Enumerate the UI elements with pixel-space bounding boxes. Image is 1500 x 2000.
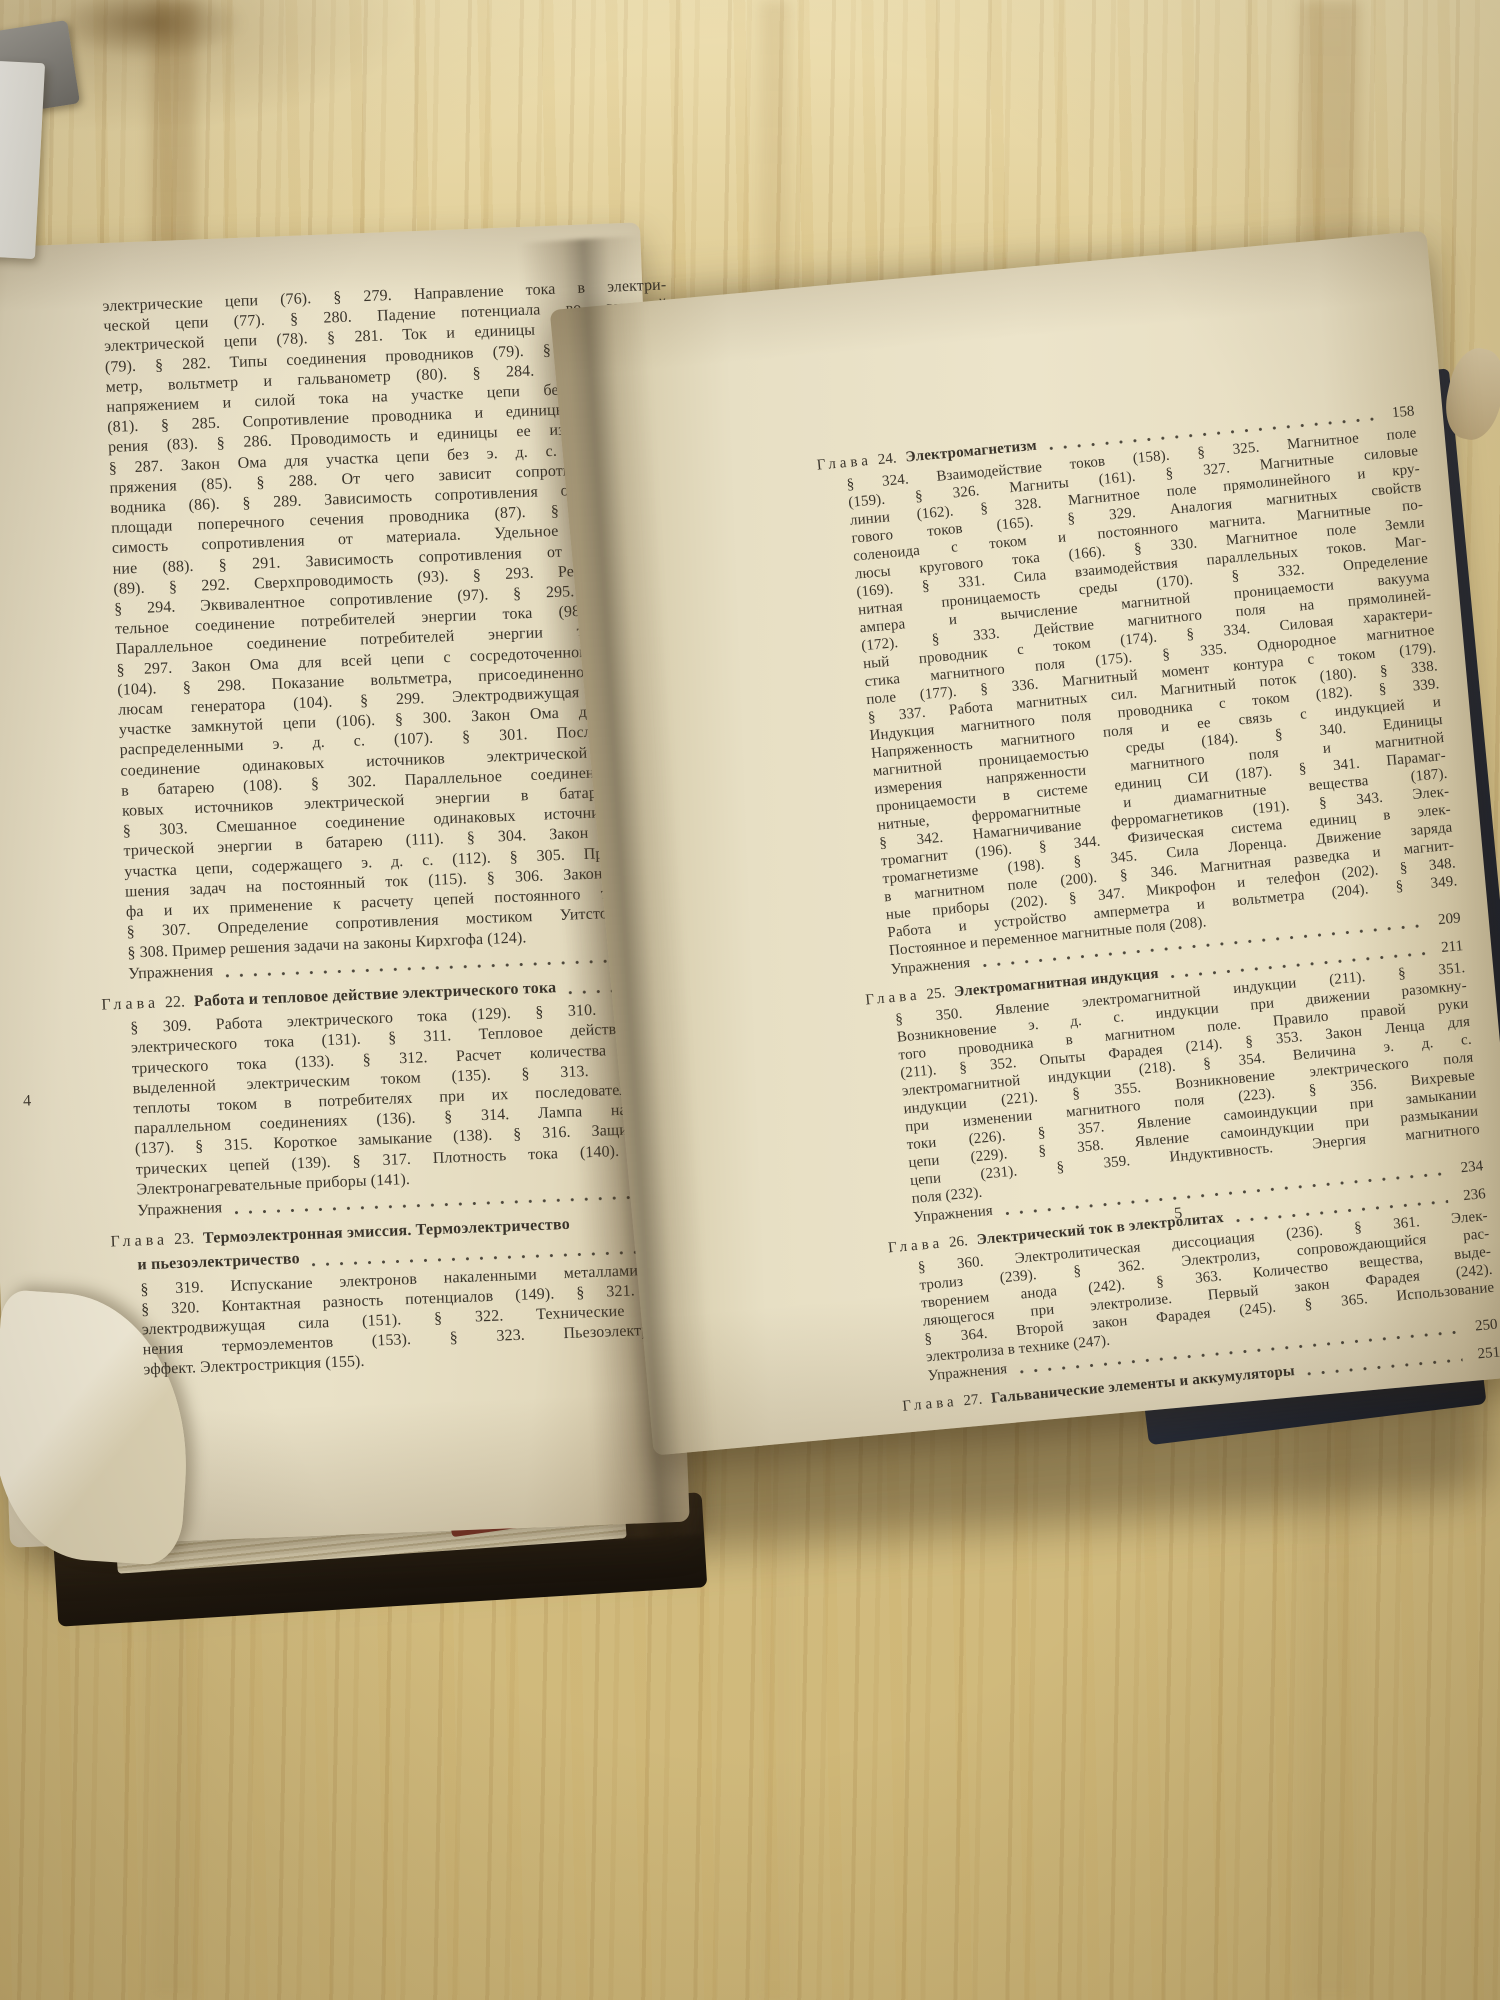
chapter-page-number: 158 (1384, 402, 1416, 423)
toc-paragraph: § 319. Испускание электронов накаленными… (140, 1258, 707, 1381)
chapter-label: Глава (865, 986, 922, 1009)
exercises-label: Упражнения (128, 961, 214, 984)
chapter-label: Глава (887, 1234, 944, 1257)
chapter-number: 25. (926, 984, 946, 1004)
chapter-number: 24. (877, 449, 897, 469)
chapter-number: 27. (963, 1391, 983, 1411)
chapter-number: 23. (174, 1229, 195, 1250)
paper-scrap (0, 61, 45, 259)
toc-paragraph: § 324. Взаимодействие токов (158). § 325… (846, 424, 1460, 960)
chapter-number: 22. (165, 992, 186, 1013)
exercises-page-number: 234 (1452, 1157, 1484, 1178)
right-page-toc-text: Глава24.Электромагнетизм158§ 324. Взаимо… (815, 392, 1500, 1419)
chapter-label: Глава (110, 1230, 168, 1252)
page-number-right: 5 (1173, 1205, 1183, 1224)
exercises-label: Упражнения (137, 1198, 223, 1221)
chapter-title-continued: и пьезоэлектричество (137, 1250, 300, 1276)
dot-leader (225, 957, 654, 977)
chapter-page-number: 236 (1455, 1185, 1487, 1206)
chapter-number: 26. (948, 1232, 968, 1252)
chapter-page-number: 211 (1432, 937, 1464, 958)
chapter-page-number: 251 (1469, 1343, 1500, 1364)
page-number-left: 4 (23, 1092, 32, 1110)
chapter-label: Глава (101, 993, 159, 1015)
chapter-label: Глава (816, 452, 873, 475)
wood-knot (55, 0, 245, 60)
exercises-page-number: 209 (1430, 909, 1462, 930)
exercises-page-number: 250 (1467, 1316, 1499, 1337)
dot-leader (1307, 1358, 1463, 1376)
chapter-label: Глава (902, 1393, 959, 1416)
dot-leader (234, 1194, 663, 1214)
right-page: Глава24.Электромагнетизм158§ 324. Взаимо… (550, 230, 1500, 1455)
